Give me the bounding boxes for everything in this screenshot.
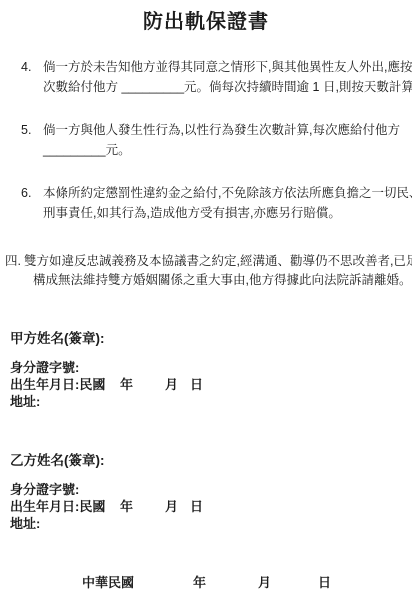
party-b-birth-line: 出生年月日:民國 年 月 日 — [10, 498, 400, 515]
clause-four-text-line: 構成無法維持雙方婚姻關係之重大事由,他方得據此向法院訴請離婚。 — [5, 271, 405, 290]
clause-four-text-line: 雙方如違反忠誠義務及本協議書之約定,經溝通、勸導仍不思改善者,已足 — [24, 254, 412, 268]
party-a-birth-line: 出生年月日:民國 年 月 日 — [10, 376, 400, 393]
party-b-name-label: 乙方姓名(簽章): — [10, 452, 400, 469]
party-a-signature-block: 甲方姓名(簽章): 身分證字號: 出生年月日:民國 年 月 日 地址: — [10, 330, 400, 410]
party-a-id-label: 身分證字號: — [10, 359, 400, 376]
party-b-birth-prefix: 出生年月日:民國 — [10, 499, 105, 514]
sub-clause-5: 5. 倘一方與他人發生性行為,以性行為發生次數計算,每次應給付他方 ______… — [21, 120, 403, 160]
date-era-label: 中華民國 — [82, 572, 134, 591]
date-day-label: 日 — [318, 572, 331, 591]
party-a-birth-prefix: 出生年月日:民國 — [10, 377, 105, 392]
party-b-birth-month-label: 月 — [165, 498, 178, 515]
sub-clause-6: 6. 本條所約定懲罰性違約金之給付,不免除該方依法所應負擔之一切民、 刑事責任,… — [21, 183, 403, 223]
sub-clause-text-line: 本條所約定懲罰性違約金之給付,不免除該方依法所應負擔之一切民、 — [43, 183, 412, 203]
sub-clause-text-line: 倘一方於未告知他方並得其同意之情形下,與其他異性友人外出,應按 — [43, 57, 412, 77]
sub-clause-text: 本條所約定懲罰性違約金之給付,不免除該方依法所應負擔之一切民、 刑事責任,如其行… — [43, 183, 412, 223]
document-date-line: 中華民國 年 月 日 — [0, 572, 412, 589]
sub-clause-text-line: 倘一方與他人發生性行為,以性行為發生次數計算,每次應給付他方 — [43, 120, 403, 140]
sub-clause-text: 倘一方與他人發生性行為,以性行為發生次數計算,每次應給付他方 _________… — [43, 120, 403, 160]
sub-clause-number: 4. — [21, 57, 43, 97]
party-b-id-label: 身分證字號: — [10, 481, 400, 498]
document-title: 防出軌保證書 — [0, 5, 412, 34]
party-a-birth-month-label: 月 — [165, 376, 178, 393]
sub-clause-text-line: 刑事責任,如其行為,造成他方受有損害,亦應另行賠償。 — [43, 203, 412, 223]
sub-clause-text-line: 次數給付他方 _________元。倘每次持續時間逾 1 日,則按天數計算。 — [43, 77, 412, 97]
date-year-label: 年 — [193, 572, 206, 591]
party-b-birth-day-label: 日 — [190, 498, 203, 515]
clause-four-number: 四. — [5, 254, 21, 268]
party-a-birth-day-label: 日 — [190, 376, 203, 393]
party-a-address-label: 地址: — [10, 393, 400, 410]
clause-four: 四.雙方如違反忠誠義務及本協議書之約定,經溝通、勸導仍不思改善者,已足 構成無法… — [5, 252, 405, 290]
sub-clause-4: 4. 倘一方於未告知他方並得其同意之情形下,與其他異性友人外出,應按 次數給付他… — [21, 57, 403, 97]
clause-four-line: 四.雙方如違反忠誠義務及本協議書之約定,經溝通、勸導仍不思改善者,已足 — [5, 252, 405, 271]
party-b-birth-year-label: 年 — [120, 498, 133, 515]
sub-clause-number: 6. — [21, 183, 43, 223]
party-b-address-label: 地址: — [10, 515, 400, 532]
sub-clause-list: 4. 倘一方於未告知他方並得其同意之情形下,與其他異性友人外出,應按 次數給付他… — [21, 57, 403, 246]
party-a-name-label: 甲方姓名(簽章): — [10, 330, 400, 347]
anti-cheating-guarantee-document: 防出軌保證書 4. 倘一方於未告知他方並得其同意之情形下,與其他異性友人外出,應… — [0, 0, 412, 600]
sub-clause-text: 倘一方於未告知他方並得其同意之情形下,與其他異性友人外出,應按 次數給付他方 _… — [43, 57, 412, 97]
party-b-signature-block: 乙方姓名(簽章): 身分證字號: 出生年月日:民國 年 月 日 地址: — [10, 452, 400, 532]
sub-clause-number: 5. — [21, 120, 43, 160]
sub-clause-text-line: _________元。 — [43, 140, 403, 160]
date-month-label: 月 — [258, 572, 271, 591]
party-a-birth-year-label: 年 — [120, 376, 133, 393]
